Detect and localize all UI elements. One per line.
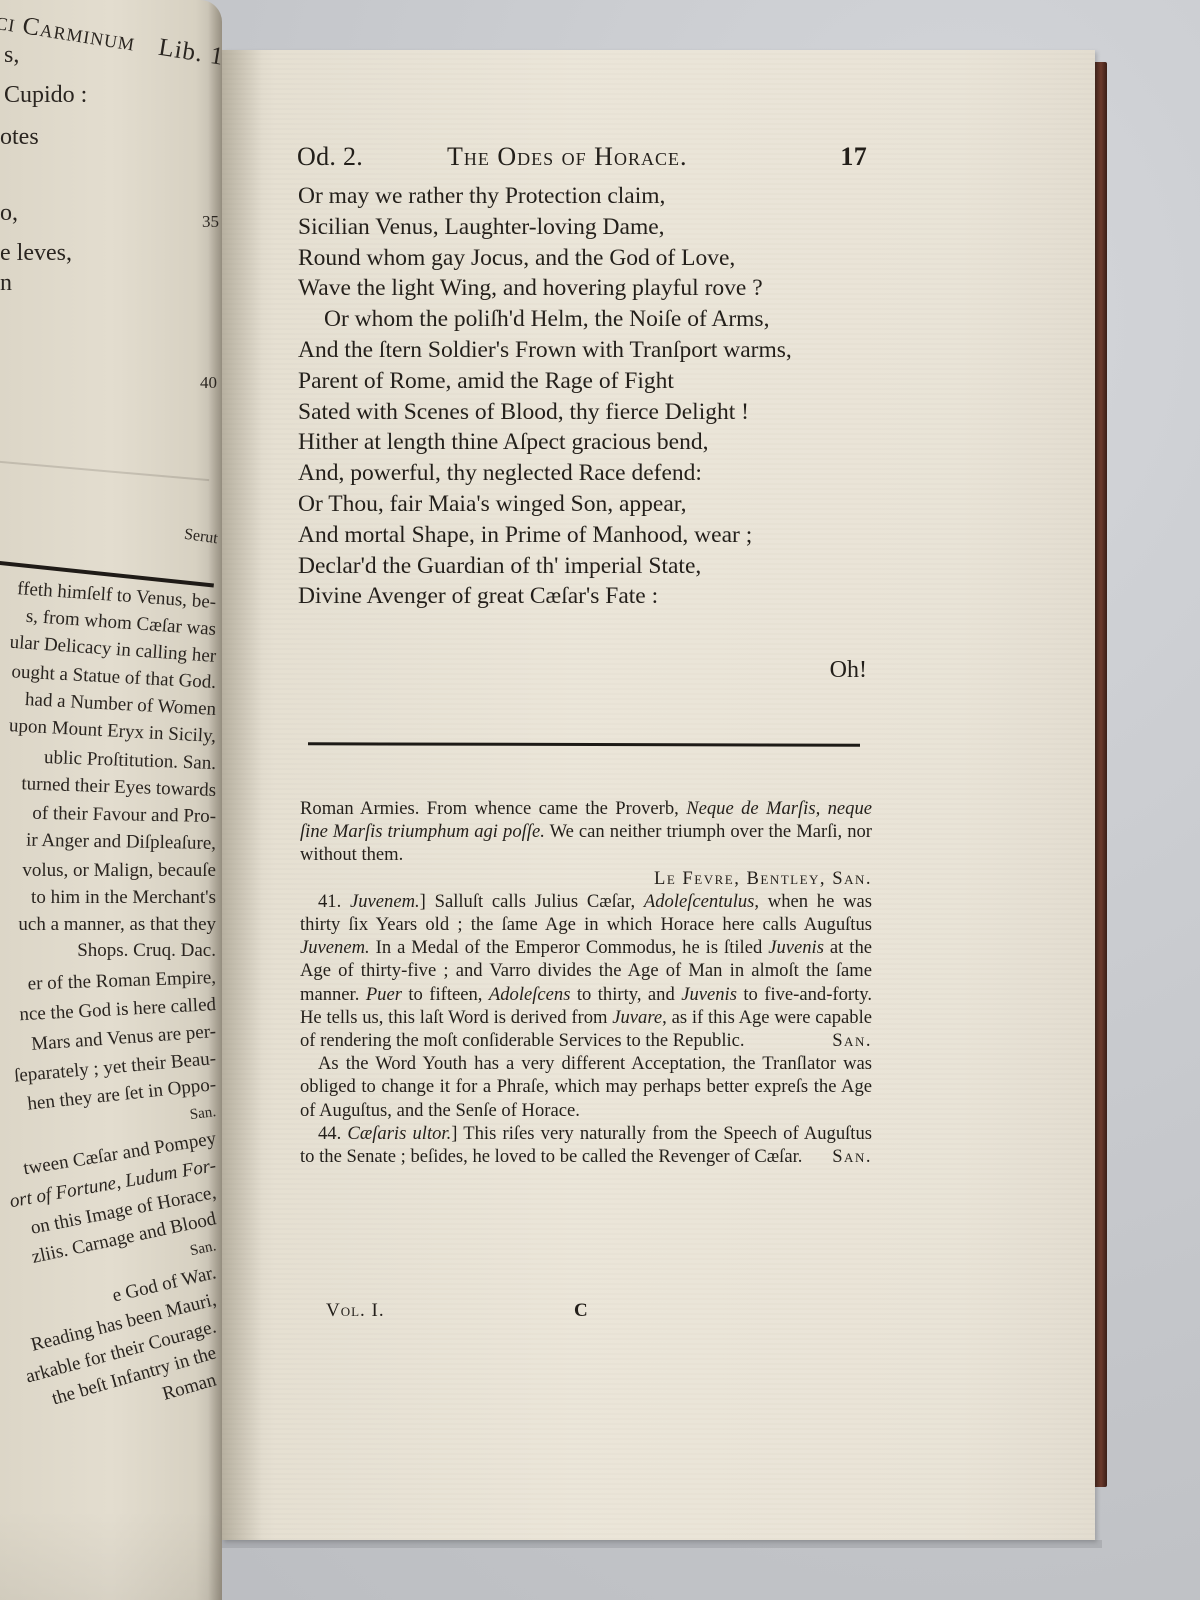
left-note-line: of their Favour and Pro- xyxy=(0,801,216,832)
note-paragraph: 44. Cæſaris ultor.] This riſes very natu… xyxy=(300,1122,872,1168)
note-italic: Adoleſcentulus xyxy=(644,891,755,912)
left-note-line: Shops. Cruq. Dac. xyxy=(0,938,216,965)
left-verse-fragment: o, xyxy=(0,200,18,227)
left-verse-fragment: Cupido : xyxy=(4,82,87,109)
verse-line: And, powerful, thy neglected Race defend… xyxy=(298,458,878,489)
left-verse-fragment: otes xyxy=(0,124,39,151)
note-attribution: San. xyxy=(814,1029,872,1052)
left-verse-fragment: n xyxy=(0,270,12,297)
left-faint-rule xyxy=(0,460,209,481)
note-italic: Juvenis xyxy=(681,984,737,1005)
running-head: Od. 2. The Odes of Horace. 17 xyxy=(297,142,867,182)
note-lemma: Juvenem. xyxy=(350,891,420,912)
left-note-line: ir Anger and Diſpleaſure, xyxy=(0,827,216,858)
verse-line: Sated with Scenes of Blood, thy fierce D… xyxy=(298,397,878,428)
left-note-line: volus, or Malign, becauſe xyxy=(0,858,216,885)
book-photo: ci CarminumLib. 1. s, Cupido : otes o, e… xyxy=(0,0,1200,1600)
note-line-ref: 44. xyxy=(318,1123,347,1144)
notes-separator-rule xyxy=(308,742,860,746)
verse-line: Divine Avenger of great Cæſar's Fate : xyxy=(298,581,878,612)
ode-number: Od. 2. xyxy=(297,142,363,172)
note-text: Roman Armies. From whence came the Prove… xyxy=(300,798,686,819)
note-paragraph: As the Word Youth has a very different A… xyxy=(300,1052,872,1122)
verse-line: Wave the light Wing, and hovering playfu… xyxy=(298,273,878,304)
book-binding-edge xyxy=(1095,62,1107,1487)
verse-block: Or may we rather thy Protection claim, S… xyxy=(298,181,878,612)
right-page: Od. 2. The Odes of Horace. 17 Or may we … xyxy=(222,50,1095,1540)
page-number: 17 xyxy=(840,142,867,172)
left-page: ci CarminumLib. 1. s, Cupido : otes o, e… xyxy=(0,0,222,1600)
note-text: ] Salluſt calls Julius Cæſar, xyxy=(420,891,644,912)
verse-line: And the ſtern Soldier's Frown with Tranſ… xyxy=(298,335,878,366)
verse-line: Declar'd the Guardian of th' imperial St… xyxy=(298,551,878,582)
verse-line: Round whom gay Jocus, and the God of Lov… xyxy=(298,243,878,274)
left-running-head: ci CarminumLib. 1. xyxy=(0,8,222,73)
signature-mark: C xyxy=(574,1300,588,1322)
note-italic: Juvare xyxy=(612,1007,662,1028)
running-title: The Odes of Horace. xyxy=(447,142,687,172)
left-notes: ffeth himſelf to Venus, be- s, from whom… xyxy=(0,590,216,1394)
note-text: to thirty, and xyxy=(570,984,681,1005)
verse-line: Hither at length thine Aſpect gracious b… xyxy=(298,427,878,458)
left-line-number: 35 xyxy=(202,212,219,232)
left-verse-fragment: e leves, xyxy=(0,240,72,267)
catchword: Oh! xyxy=(830,657,867,684)
verse-line: And mortal Shape, in Prime of Manhood, w… xyxy=(298,520,878,551)
verse-line: Sicilian Venus, Laughter-loving Dame, xyxy=(298,212,878,243)
note-line-ref: 41. xyxy=(318,891,350,912)
note-text: As the Word Youth has a very different A… xyxy=(300,1053,872,1120)
left-line-number: 40 xyxy=(200,373,217,393)
volume-label: Vol. I. xyxy=(326,1300,385,1322)
note-italic: Puer xyxy=(366,984,402,1005)
verse-line: Or Thou, fair Maia's winged Son, appear, xyxy=(298,489,878,520)
verse-line: Or may we rather thy Protection claim, xyxy=(298,181,878,212)
note-lemma: Cæſaris ultor. xyxy=(347,1123,451,1144)
note-italic: Juvenem. xyxy=(300,937,370,958)
note-attribution: Le Fevre, Bentley, San. xyxy=(300,867,872,890)
left-running-head-title: ci Carminum xyxy=(0,8,137,57)
page-shadow xyxy=(222,1540,1102,1548)
note-text: to fifteen, xyxy=(402,984,489,1005)
note-paragraph: Roman Armies. From whence came the Prove… xyxy=(300,797,872,867)
verse-line: Or whom the poliſh'd Helm, the Noiſe of … xyxy=(298,304,878,335)
left-catchword: Serut xyxy=(183,526,219,549)
left-verse-fragment: s, xyxy=(4,42,19,69)
note-text: In a Medal of the Emperor Commodus, he i… xyxy=(370,937,769,958)
note-paragraph: 41. Juvenem.] Salluſt calls Julius Cæſar… xyxy=(300,890,872,1052)
gutter-shadow xyxy=(222,50,262,1540)
note-italic: Adoleſcens xyxy=(489,984,571,1005)
note-attribution: San. xyxy=(814,1145,872,1168)
note-italic: Juvenis xyxy=(768,937,824,958)
verse-line: Parent of Rome, amid the Rage of Fight xyxy=(298,366,878,397)
left-note-line: uch a manner, as that they xyxy=(0,912,216,939)
footnotes: Roman Armies. From whence came the Prove… xyxy=(300,797,872,1168)
left-note-line: to him in the Merchant's xyxy=(0,885,216,912)
